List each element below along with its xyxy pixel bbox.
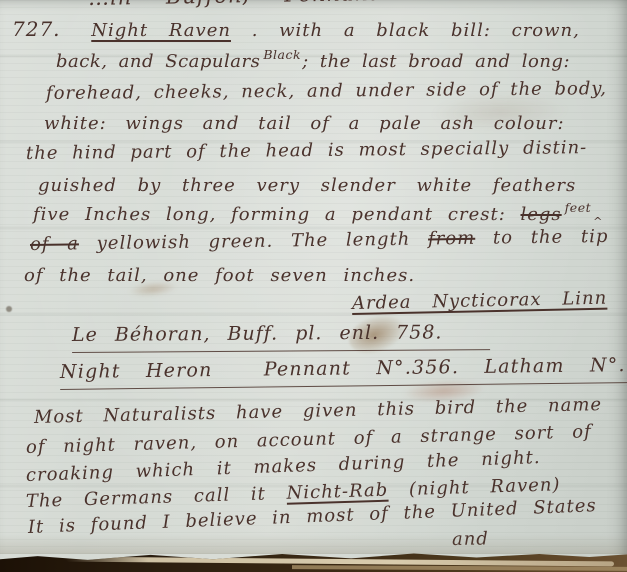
line2-text-a: back, and Scapulars bbox=[56, 51, 260, 72]
manuscript-photo: …in Buffon; Pennant or Latham. 727. Nigh… bbox=[0, 0, 627, 572]
description-line-6: guished by three very slender white feat… bbox=[38, 174, 576, 198]
english-common-name: Night Heron bbox=[60, 359, 213, 383]
manuscript-page: …in Buffon; Pennant or Latham. 727. Nigh… bbox=[0, 0, 627, 572]
french-reference-line: Le Béhoran, Buff. pl. enl. 758. bbox=[72, 320, 491, 353]
interlinear-insertion-black: Black bbox=[263, 47, 301, 62]
line8-text-b: to the tip bbox=[493, 226, 609, 249]
entry-heading-rest: . with a black bill: crown, bbox=[252, 20, 580, 41]
line9-text: of the tail, one foot seven inches. bbox=[24, 265, 415, 286]
struck-words-of-a: of a bbox=[30, 233, 79, 255]
description-line-7: five Inches long, forming a pendant cres… bbox=[33, 203, 603, 227]
german-name: Nicht-Rab bbox=[286, 480, 388, 504]
line7-text: five Inches long, forming a pendant cres… bbox=[33, 204, 506, 225]
latin-species-name: Ardea Nycticorax Linn bbox=[352, 288, 608, 314]
paper-bottom-shading bbox=[0, 534, 627, 554]
english-reference-citations: Pennant N°.356. Latham N°.13 bbox=[264, 354, 627, 381]
line6-text: guished by three very slender white feat… bbox=[38, 175, 576, 196]
page-edge-sliver-2 bbox=[292, 565, 627, 571]
struck-word-legs: legs bbox=[521, 204, 562, 225]
description-line-9: of the tail, one foot seven inches. bbox=[24, 264, 415, 288]
description-line-3: forehead, cheeks, neck, and under side o… bbox=[46, 77, 607, 106]
line2-text-b: ; the last broad and long: bbox=[302, 51, 570, 72]
entry-title: Night Raven bbox=[91, 20, 231, 41]
description-line-2: back, and ScapularsBlack; the last broad… bbox=[56, 50, 570, 74]
interlinear-insertion-feet: feet bbox=[565, 200, 591, 215]
line8-text-a: yellowish green. The length bbox=[97, 229, 411, 254]
line3-text: forehead, cheeks, neck, and under side o… bbox=[46, 78, 607, 104]
struck-word-from: from bbox=[428, 228, 475, 250]
description-line-4: white: wings and tail of a pale ash colo… bbox=[44, 112, 565, 136]
line5-text: the hind part of the head is most specia… bbox=[26, 137, 587, 164]
french-reference-text: Le Béhoran, Buff. pl. enl. 758. bbox=[72, 321, 443, 346]
entry-number: 727. bbox=[12, 17, 61, 41]
entry-heading-line: 727. Night Raven . with a black bill: cr… bbox=[12, 16, 580, 43]
line4-text: white: wings and tail of a pale ash colo… bbox=[44, 113, 565, 134]
